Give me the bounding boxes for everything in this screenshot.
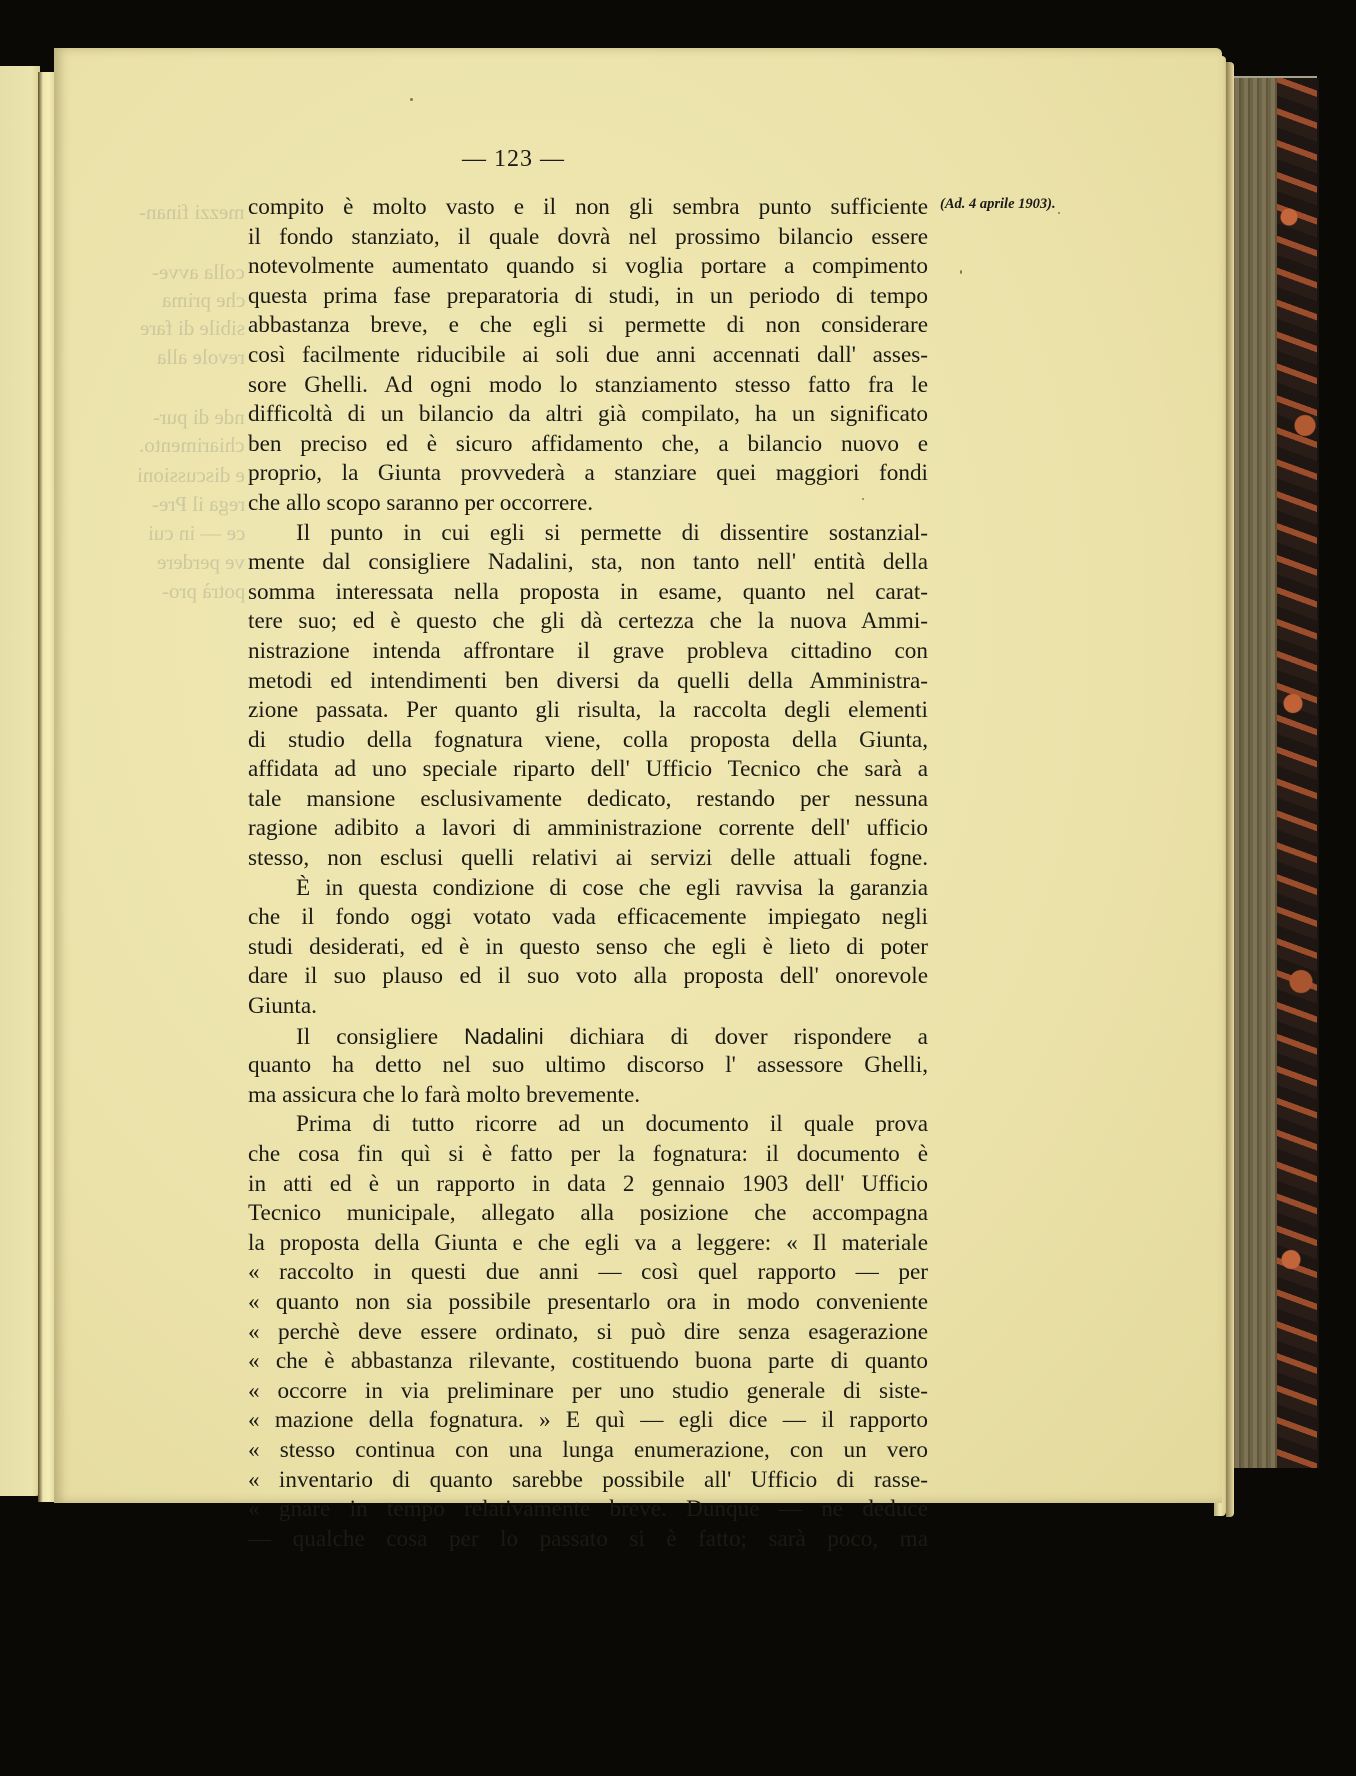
speaker-name: Nadalini bbox=[464, 1024, 544, 1049]
text-line: stesso, non esclusi quelli relativi ai s… bbox=[248, 844, 928, 874]
text-line: nistrazione intenda affrontare il grave … bbox=[248, 637, 928, 667]
text-line: studi desiderati, ed è in questo senso c… bbox=[248, 933, 928, 963]
text-line: « raccolto in questi due anni — così que… bbox=[248, 1258, 928, 1288]
bleed-through-line: nde di pur- bbox=[153, 405, 245, 430]
text-line: Il consigliere Nadalini dichiara di dove… bbox=[248, 1022, 928, 1052]
dust-speck bbox=[960, 270, 962, 274]
dust-speck bbox=[410, 98, 413, 101]
text-line: ben preciso ed è sicuro affidamento che,… bbox=[248, 430, 928, 460]
text-line: « inventario di quanto sarebbe possibile… bbox=[248, 1466, 928, 1496]
left-page-edge bbox=[0, 66, 40, 1496]
bleed-through-line: che prima bbox=[162, 288, 245, 313]
bleed-through-line: rega il Pre- bbox=[152, 492, 245, 517]
text-line: « gnare in tempo relativamente breve. Du… bbox=[248, 1495, 928, 1525]
text-line: Giunta. bbox=[248, 992, 928, 1022]
text-line: così facilmente riducibile ai soli due a… bbox=[248, 341, 928, 371]
text-line: che allo scopo saranno per occorrere. bbox=[248, 489, 928, 519]
bleed-through-line: chiarimento. bbox=[139, 433, 245, 458]
text-line: che cosa fin quì si è fatto per la fogna… bbox=[248, 1140, 928, 1170]
text-line: « mazione della fognatura. » E quì — egl… bbox=[248, 1406, 928, 1436]
dust-speck bbox=[1058, 212, 1060, 214]
text-line: « quanto non sia possibile presentarlo o… bbox=[248, 1288, 928, 1318]
text-line: « perchè deve essere ordinato, si può di… bbox=[248, 1318, 928, 1348]
text-line: notevolmente aumentato quando si voglia … bbox=[248, 252, 928, 282]
text-line: che il fondo oggi votato vada efficaceme… bbox=[248, 903, 928, 933]
text-line: abbastanza breve, e che egli si permette… bbox=[248, 311, 928, 341]
text-line: in atti ed è un rapporto in data 2 genna… bbox=[248, 1170, 928, 1200]
bleed-through-line: colla avve- bbox=[152, 260, 245, 285]
text-line: Il punto in cui egli si permette di diss… bbox=[248, 519, 928, 549]
text-line: questa prima fase preparatoria di studi,… bbox=[248, 282, 928, 312]
margin-date-note: (Ad. 4 aprile 1903). bbox=[940, 196, 1056, 213]
text-line: proprio, la Giunta provvederà a stanziar… bbox=[248, 459, 928, 489]
bleed-through-line: ve perdere bbox=[157, 550, 245, 575]
text-line: Tecnico municipale, allegato alla posizi… bbox=[248, 1199, 928, 1229]
text-line: È in questa condizione di cose che egli … bbox=[248, 874, 928, 904]
bleed-through-line: potrà pro- bbox=[162, 579, 245, 604]
text-line: quanto ha detto nel suo ultimo discorso … bbox=[248, 1051, 928, 1081]
page-number: — 123 — bbox=[462, 146, 565, 173]
text-line: compito è molto vasto e il non gli sembr… bbox=[248, 193, 928, 223]
marbled-cover bbox=[1277, 78, 1319, 1468]
text-line: la proposta della Giunta e che egli va a… bbox=[248, 1229, 928, 1259]
text-line: difficoltà di un bilancio da altri già c… bbox=[248, 400, 928, 430]
text-line: Prima di tutto ricorre ad un documento i… bbox=[248, 1110, 928, 1140]
bleed-through-line: revole alla bbox=[157, 345, 245, 370]
bleed-through-line: ce — in cui bbox=[148, 521, 245, 546]
book-page-block bbox=[1232, 78, 1280, 1468]
text-line: metodi ed intendimenti ben diversi da qu… bbox=[248, 667, 928, 697]
text-line: di studio della fognatura viene, colla p… bbox=[248, 726, 928, 756]
text-line: « stesso continua con una lunga enumeraz… bbox=[248, 1436, 928, 1466]
bleed-through-line: e discussioni bbox=[137, 463, 245, 488]
text-line: — qualche cosa per lo passato si è fatto… bbox=[248, 1525, 928, 1555]
body-text: compito è molto vasto e il non gli sembr… bbox=[248, 193, 928, 1554]
text-line: tale mansione esclusivamente dedicato, r… bbox=[248, 785, 928, 815]
text-line: sore Ghelli. Ad ogni modo lo stanziament… bbox=[248, 371, 928, 401]
page-edge-inner bbox=[1226, 62, 1234, 1517]
bleed-through-line: sibile di fare bbox=[140, 316, 245, 341]
text-line: ragione adibito a lavori di amministrazi… bbox=[248, 814, 928, 844]
text-line: zione passata. Per quanto gli risulta, l… bbox=[248, 696, 928, 726]
text-line: mente dal consigliere Nadalini, sta, non… bbox=[248, 548, 928, 578]
book-scan: mezzi finan-colla avve-che primasibile d… bbox=[0, 0, 1356, 1776]
text-line: ma assicura che lo farà molto brevemente… bbox=[248, 1081, 928, 1111]
text-line: affidata ad uno speciale riparto dell' U… bbox=[248, 755, 928, 785]
text-line: « che è abbastanza rilevante, costituend… bbox=[248, 1347, 928, 1377]
text-line: somma interessata nella proposta in esam… bbox=[248, 578, 928, 608]
text-line: il fondo stanziato, il quale dovrà nel p… bbox=[248, 223, 928, 253]
bleed-through-line: mezzi finan- bbox=[139, 200, 245, 225]
text-line: dare il suo plauso ed il suo voto alla p… bbox=[248, 962, 928, 992]
text-line: tere suo; ed è questo che gli dà certezz… bbox=[248, 607, 928, 637]
dust-speck bbox=[862, 498, 864, 500]
text-line: « occorre in via preliminare per uno stu… bbox=[248, 1377, 928, 1407]
